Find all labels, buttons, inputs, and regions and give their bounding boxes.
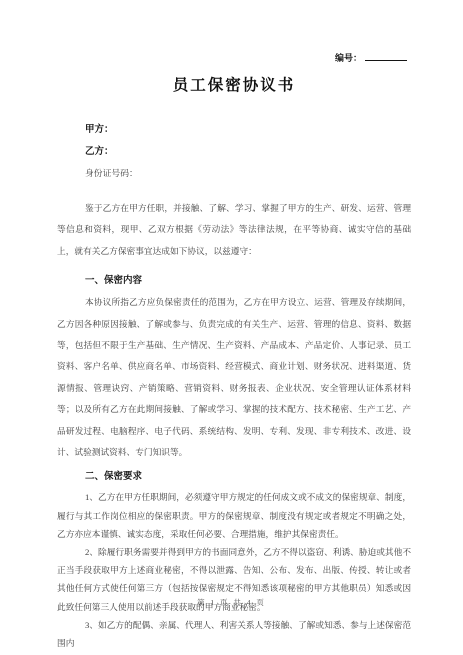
- intro-paragraph: 鉴于乙方在甲方任职，并接触、了解、学习、掌握了甲方的生产、研发、运营、管理等信息…: [57, 198, 411, 262]
- id-number-label: 身份证号码：: [85, 167, 411, 180]
- section-2-heading: 二、保密要求: [57, 470, 411, 484]
- doc-number-blank: [365, 52, 407, 61]
- section-1-paragraph-1: 本协议所指乙方应负保密责任的范围为，乙方在甲方设立、运营、管理及存续期间，乙方因…: [57, 292, 411, 463]
- document-page: 编号： 员工保密协议书 甲方： 乙方： 身份证号码： 鉴于乙方在甲方任职，并接触…: [0, 0, 463, 655]
- document-title: 员工保密协议书: [57, 75, 411, 97]
- doc-number-label: 编号：: [335, 53, 362, 63]
- section-1-heading: 一、保密内容: [57, 274, 411, 288]
- party-a-label: 甲方：: [85, 123, 411, 136]
- doc-number: 编号：: [57, 52, 411, 64]
- page-number: 第 1 页 共 4 页: [0, 597, 463, 608]
- section-2-paragraph-3: 3、如乙方的配偶、亲属、代理人、利害关系人等接触、了解或知悉、参与上述保密范围内: [57, 616, 411, 652]
- section-2-paragraph-1: 1、乙方在甲方任职期间，必须遵守甲方规定的任何成文或不成文的保密规章、制度，履行…: [57, 488, 411, 543]
- party-b-label: 乙方：: [85, 145, 411, 158]
